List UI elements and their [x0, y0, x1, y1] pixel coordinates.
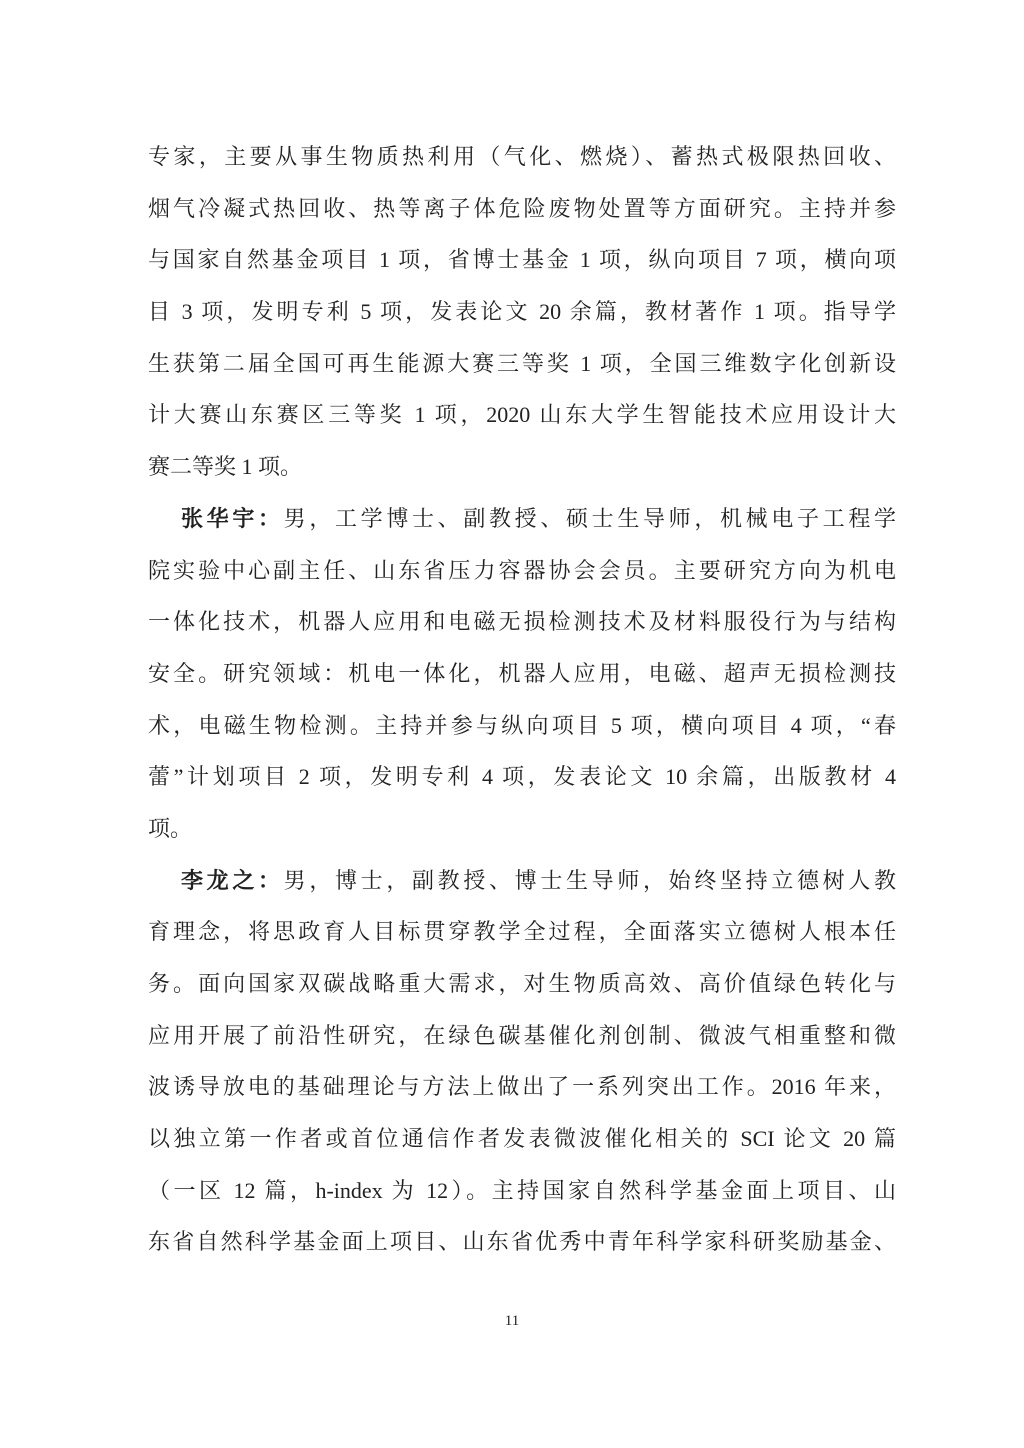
text-line: 波诱导放电的基础理论与方法上做出了一系列突出工作。2016 年来， [148, 1061, 896, 1113]
document-text: 专家，主要从事生物质热利用（气化、燃烧）、蓄热式极限热回收、烟气冷凝式热回收、热… [148, 131, 896, 1268]
person-name: 李龙之： [181, 868, 284, 893]
text-run: 院实验中心副主任、山东省压力容器协会会员。主要研究方向为机电 [148, 558, 896, 583]
text-run: 专家，主要从事生物质热利用（气化、燃烧）、蓄热式极限热回收、 [148, 144, 896, 169]
text-line: 项。 [148, 803, 896, 855]
text-line: 东省自然科学基金面上项目、山东省优秀中青年科学家科研奖励基金、 [148, 1216, 896, 1268]
text-run: 应用开展了前沿性研究，在绿色碳基催化剂创制、微波气相重整和微 [148, 1023, 896, 1048]
text-line: 育理念，将思政育人目标贯穿教学全过程，全面落实立德树人根本任 [148, 906, 896, 958]
text-line: 安全。研究领域：机电一体化，机器人应用，电磁、超声无损检测技 [148, 648, 896, 700]
text-run: 项。 [148, 816, 192, 841]
text-run: 目 3 项，发明专利 5 项，发表论文 20 余篇，教材著作 1 项。指导学 [148, 299, 896, 324]
text-run: 计大赛山东赛区三等奖 1 项，2020 山东大学生智能技术应用设计大 [148, 402, 896, 427]
text-line: 目 3 项，发明专利 5 项，发表论文 20 余篇，教材著作 1 项。指导学 [148, 286, 896, 338]
text-run: 以独立第一作者或首位通信作者发表微波催化相关的 SCI 论文 20 篇 [148, 1126, 896, 1151]
text-run: 波诱导放电的基础理论与方法上做出了一系列突出工作。2016 年来， [148, 1074, 896, 1099]
text-run: 与国家自然基金项目 1 项，省博士基金 1 项，纵向项目 7 项，横向项 [148, 247, 896, 272]
text-line: 术，电磁生物检测。主持并参与纵向项目 5 项，横向项目 4 项，“春 [148, 700, 896, 752]
text-line: 赛二等奖 1 项。 [148, 441, 896, 493]
text-run: 一体化技术，机器人应用和电磁无损检测技术及材料服役行为与结构 [148, 609, 896, 634]
page-number: 11 [0, 1310, 1024, 1332]
text-line: 专家，主要从事生物质热利用（气化、燃烧）、蓄热式极限热回收、 [148, 131, 896, 183]
document-page: 专家，主要从事生物质热利用（气化、燃烧）、蓄热式极限热回收、烟气冷凝式热回收、热… [0, 0, 1024, 1448]
text-line: 计大赛山东赛区三等奖 1 项，2020 山东大学生智能技术应用设计大 [148, 389, 896, 441]
text-line: 一体化技术，机器人应用和电磁无损检测技术及材料服役行为与结构 [148, 596, 896, 648]
text-line: 应用开展了前沿性研究，在绿色碳基催化剂创制、微波气相重整和微 [148, 1010, 896, 1062]
text-run: 东省自然科学基金面上项目、山东省优秀中青年科学家科研奖励基金、 [148, 1229, 896, 1254]
text-run: （一区 12 篇，h-index 为 12）。主持国家自然科学基金面上项目、山 [148, 1178, 896, 1203]
text-run: 安全。研究领域：机电一体化，机器人应用，电磁、超声无损检测技 [148, 661, 896, 686]
text-line: 烟气冷凝式热回收、热等离子体危险废物处置等方面研究。主持并参 [148, 183, 896, 235]
text-run: 赛二等奖 1 项。 [148, 454, 302, 479]
text-line: 与国家自然基金项目 1 项，省博士基金 1 项，纵向项目 7 项，横向项 [148, 234, 896, 286]
text-run: 烟气冷凝式热回收、热等离子体危险废物处置等方面研究。主持并参 [148, 196, 896, 221]
text-line: 院实验中心副主任、山东省压力容器协会会员。主要研究方向为机电 [148, 545, 896, 597]
text-run: 务。面向国家双碳战略重大需求，对生物质高效、高价值绿色转化与 [148, 971, 896, 996]
text-run: 男，博士，副教授、博士生导师，始终坚持立德树人教 [284, 868, 896, 893]
text-run: 蕾”计划项目 2 项，发明专利 4 项，发表论文 10 余篇，出版教材 4 [148, 764, 896, 789]
text-run: 男，工学博士、副教授、硕士生导师，机械电子工程学 [284, 506, 896, 531]
text-line: 务。面向国家双碳战略重大需求，对生物质高效、高价值绿色转化与 [148, 958, 896, 1010]
text-line: 李龙之：男，博士，副教授、博士生导师，始终坚持立德树人教 [148, 855, 896, 907]
text-line: 以独立第一作者或首位通信作者发表微波催化相关的 SCI 论文 20 篇 [148, 1113, 896, 1165]
text-line: 蕾”计划项目 2 项，发明专利 4 项，发表论文 10 余篇，出版教材 4 [148, 751, 896, 803]
text-run: 术，电磁生物检测。主持并参与纵向项目 5 项，横向项目 4 项，“春 [148, 713, 896, 738]
text-run: 育理念，将思政育人目标贯穿教学全过程，全面落实立德树人根本任 [148, 919, 896, 944]
person-name: 张华宇： [181, 506, 284, 531]
text-line: 张华宇：男，工学博士、副教授、硕士生导师，机械电子工程学 [148, 493, 896, 545]
text-line: （一区 12 篇，h-index 为 12）。主持国家自然科学基金面上项目、山 [148, 1165, 896, 1217]
text-line: 生获第二届全国可再生能源大赛三等奖 1 项，全国三维数字化创新设 [148, 338, 896, 390]
text-run: 生获第二届全国可再生能源大赛三等奖 1 项，全国三维数字化创新设 [148, 351, 896, 376]
